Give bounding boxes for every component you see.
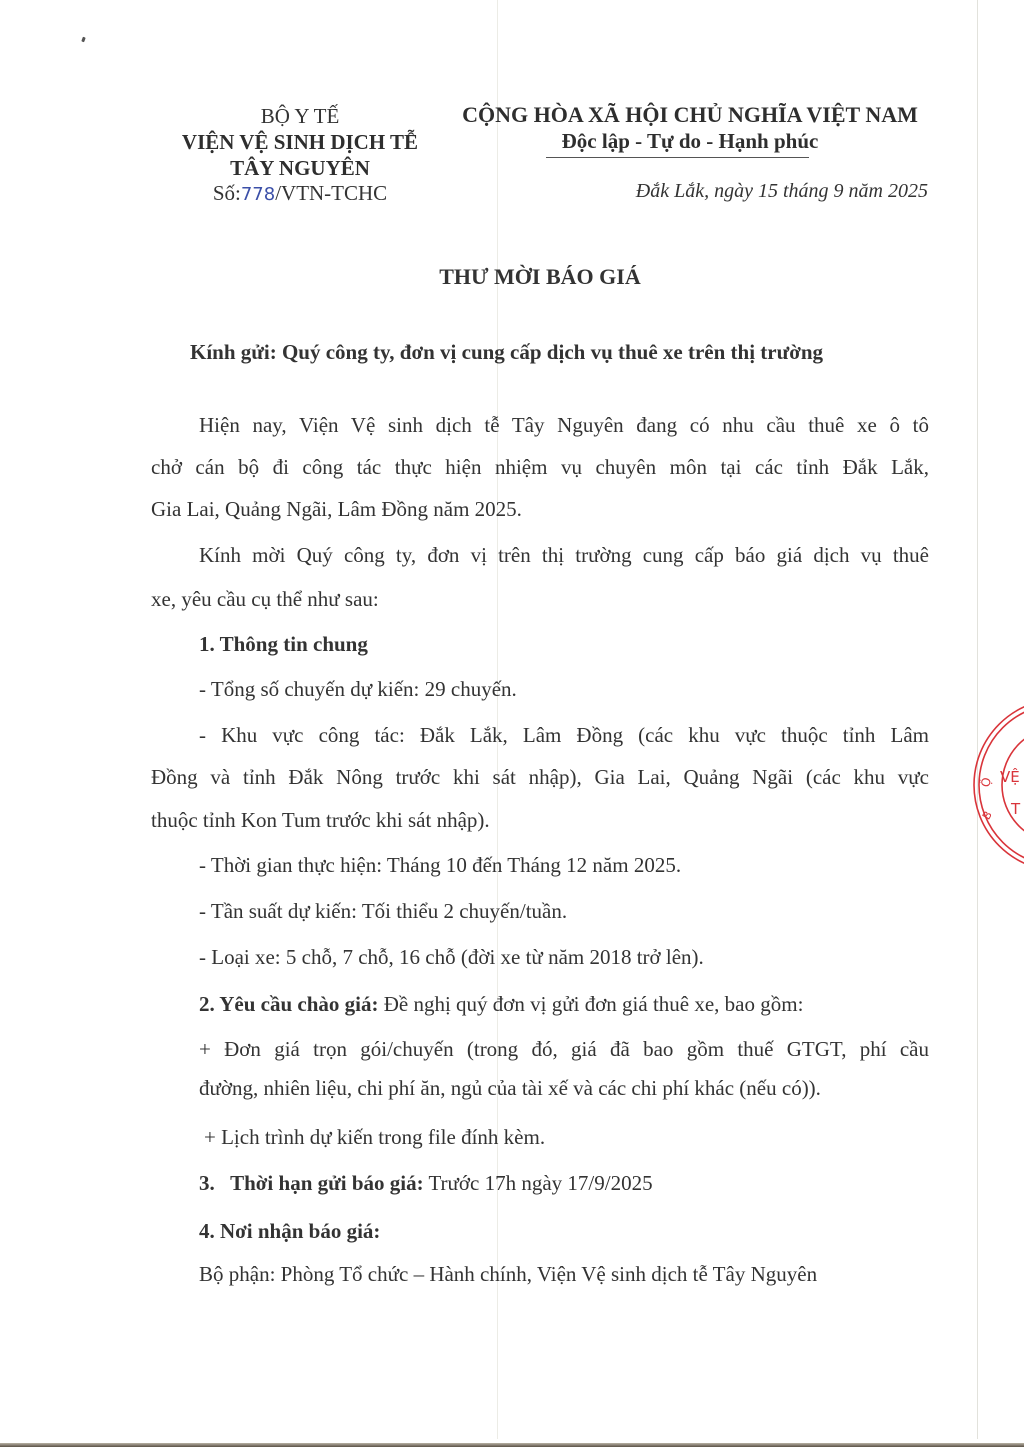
intro-line-3: Gia Lai, Quảng Ngãi, Lâm Đồng năm 2025. bbox=[151, 497, 522, 522]
dateline: Đắk Lắk, ngày 15 tháng 9 năm 2025 bbox=[560, 180, 928, 203]
national-motto: Độc lập - Tự do - Hạnh phúc bbox=[440, 129, 940, 154]
scan-speck bbox=[81, 37, 86, 43]
section-2-label: 2. Yêu cầu chào giá: bbox=[199, 992, 378, 1016]
implementation-period: - Thời gian thực hiện: Tháng 10 đến Thán… bbox=[199, 853, 681, 878]
price-item-2: + Lịch trình dự kiến trong file đính kèm… bbox=[204, 1125, 545, 1150]
ministry-name: BỘ Y TẾ bbox=[150, 104, 450, 129]
motto-underline bbox=[546, 157, 809, 158]
stamp-text-1: VỆ bbox=[1000, 767, 1020, 786]
work-area-line-2: Đồng và tỉnh Đắk Nông trước khi sát nhập… bbox=[151, 765, 929, 790]
section-3: 3. Thời hạn gửi báo giá: Trước 17h ngày … bbox=[199, 1171, 653, 1196]
scan-bottom-edge bbox=[0, 1443, 1024, 1447]
expected-frequency: - Tần suất dự kiến: Tối thiểu 2 chuyến/t… bbox=[199, 899, 567, 924]
section-2-heading: 2. Yêu cầu chào giá: Đề nghị quý đơn vị … bbox=[199, 992, 803, 1017]
salutation: Kính gửi: Quý công ty, đơn vị cung cấp d… bbox=[190, 340, 823, 365]
quote-deadline: Trước 17h ngày 17/9/2025 bbox=[424, 1171, 653, 1195]
stamp-text-3: Ộ bbox=[977, 776, 993, 788]
doc-no-handwritten: 778 bbox=[241, 184, 275, 205]
institute-name-line1: VIỆN VỆ SINH DỊCH TỄ bbox=[150, 130, 450, 155]
paper-fold-line bbox=[497, 0, 498, 1439]
intro-line-1: Hiện nay, Viện Vệ sinh dịch tễ Tây Nguyê… bbox=[199, 413, 929, 438]
invite-line-2: xe, yêu cầu cụ thể như sau: bbox=[151, 587, 379, 612]
section-2-text: Đề nghị quý đơn vị gửi đơn giá thuê xe, … bbox=[378, 992, 803, 1016]
stamp-text-2: T bbox=[1010, 800, 1021, 818]
total-trips: - Tổng số chuyến dự kiến: 29 chuyến. bbox=[199, 677, 517, 702]
price-item-1-line-2: đường, nhiên liệu, chi phí ăn, ngủ của t… bbox=[199, 1076, 821, 1101]
nation-title: CỘNG HÒA XÃ HỘI CHỦ NGHĨA VIỆT NAM bbox=[440, 102, 940, 128]
section-1-heading: 1. Thông tin chung bbox=[199, 632, 368, 657]
price-item-1-line-1: + Đơn giá trọn gói/chuyến (trong đó, giá… bbox=[199, 1037, 929, 1062]
doc-no-label: Số: bbox=[213, 181, 241, 205]
work-area-line-3: thuộc tỉnh Kon Tum trước khi sát nhập). bbox=[151, 808, 490, 833]
receiving-department: Bộ phận: Phòng Tổ chức – Hành chính, Việ… bbox=[199, 1262, 817, 1287]
section-4-heading: 4. Nơi nhận báo giá: bbox=[199, 1219, 380, 1244]
institute-name-line2: TÂY NGUYÊN bbox=[150, 156, 450, 181]
intro-line-2: chở cán bộ đi công tác thực hiện nhiệm v… bbox=[151, 455, 929, 480]
official-stamp-icon: VỆ T Ộ B bbox=[945, 695, 1024, 875]
invite-line-1: Kính mời Quý công ty, đơn vị trên thị tr… bbox=[199, 543, 929, 568]
document-title: THƯ MỜI BÁO GIÁ bbox=[0, 264, 1024, 290]
section-3-label: 3. Thời hạn gửi báo giá: bbox=[199, 1171, 424, 1195]
document-number: Số:778/VTN-TCHC bbox=[150, 181, 450, 206]
doc-no-suffix: /VTN-TCHC bbox=[275, 181, 387, 205]
vehicle-types: - Loại xe: 5 chỗ, 7 chỗ, 16 chỗ (đời xe … bbox=[199, 945, 704, 970]
work-area-line-1: - Khu vực công tác: Đắk Lắk, Lâm Đồng (c… bbox=[199, 723, 929, 748]
